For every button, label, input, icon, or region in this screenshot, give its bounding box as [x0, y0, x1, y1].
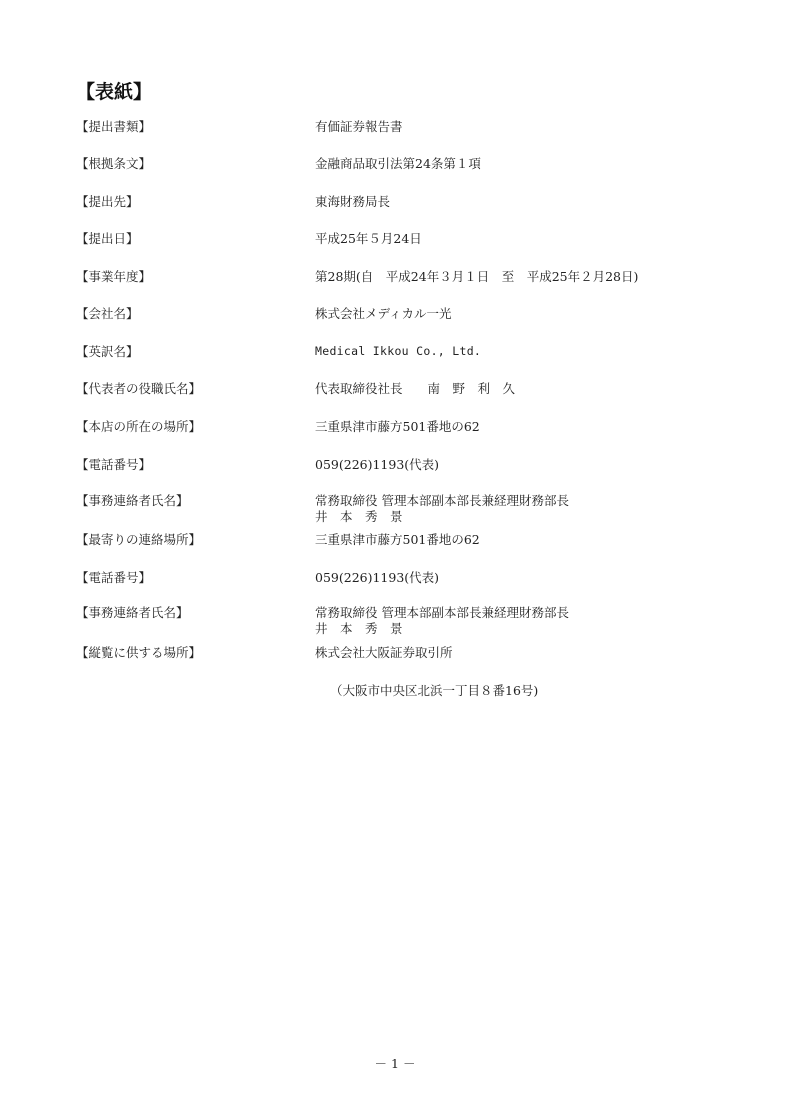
field-value: 株式会社メディカル一光: [315, 305, 452, 322]
field-label: 【事業年度】: [76, 268, 151, 285]
field-label: 【英訳名】: [76, 343, 139, 360]
field-value: Medical Ikkou Co., Ltd.: [315, 343, 481, 360]
field-value: 059(226)1193(代表): [315, 456, 439, 473]
field-label: 【最寄りの連絡場所】: [76, 531, 201, 548]
page-number: － 1 －: [0, 1054, 790, 1072]
field-value: 059(226)1193(代表): [315, 569, 439, 586]
field-value: 有価証券報告書: [315, 118, 403, 135]
field-label: 【電話番号】: [76, 456, 151, 473]
field-value: 井 本 秀 景: [315, 508, 403, 525]
field-value: 三重県津市藤方501番地の62: [315, 531, 480, 548]
field-value: 株式会社大阪証券取引所: [315, 644, 453, 661]
field-label: 【電話番号】: [76, 569, 151, 586]
field-label: 【本店の所在の場所】: [76, 418, 201, 435]
page-title: 【表紙】: [76, 77, 152, 104]
field-label: 【提出書類】: [76, 118, 151, 135]
field-label: 【事務連絡者氏名】: [76, 492, 189, 509]
field-label: 【縦覧に供する場所】: [76, 644, 201, 661]
field-value: （大阪市中央区北浜一丁目８番16号): [330, 682, 538, 699]
field-value: 平成25年５月24日: [315, 230, 422, 247]
field-label: 【提出先】: [76, 193, 139, 210]
field-value: 井 本 秀 景: [315, 620, 403, 637]
field-value: 東海財務局長: [315, 193, 390, 210]
field-label: 【会社名】: [76, 305, 139, 322]
field-label: 【提出日】: [76, 230, 139, 247]
field-label: 【代表者の役職氏名】: [76, 380, 201, 397]
field-value: 三重県津市藤方501番地の62: [315, 418, 480, 435]
field-label: 【事務連絡者氏名】: [76, 604, 189, 621]
field-value: 常務取締役 管理本部副本部長兼経理財務部長: [315, 492, 569, 509]
field-value: 金融商品取引法第24条第１項: [315, 155, 481, 172]
field-value: 第28期(自 平成24年３月１日 至 平成25年２月28日): [315, 268, 638, 285]
field-value: 代表取締役社長 南 野 利 久: [315, 380, 515, 397]
field-value: 常務取締役 管理本部副本部長兼経理財務部長: [315, 604, 569, 621]
field-label: 【根拠条文】: [76, 155, 151, 172]
